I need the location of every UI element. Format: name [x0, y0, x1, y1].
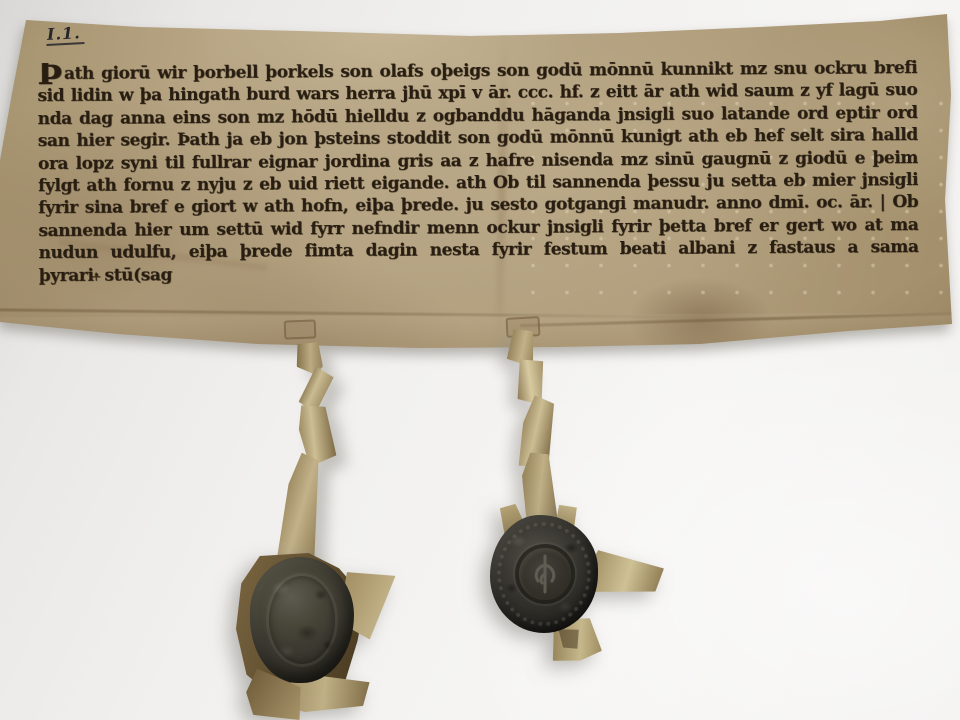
- wax-seal-right-assembly: [470, 505, 662, 667]
- wax-seal-right: [490, 515, 598, 633]
- wax-seal-left-assembly: [228, 545, 392, 720]
- seal-slit-left: [284, 319, 317, 339]
- archival-mark: I.1.: [45, 23, 84, 46]
- parchment-wrap: I.1. Þath giorū wir þorbell þorkels son …: [0, 0, 960, 352]
- sprig-motif-icon: [519, 548, 571, 600]
- seal-tag-right: [500, 330, 592, 530]
- charter-text: Þath giorū wir þorbell þorkels son olafs…: [37, 57, 919, 287]
- photo-stage: I.1. Þath giorū wir þorbell þorkels son …: [0, 0, 960, 720]
- seal-tag-left: [262, 343, 372, 567]
- parchment: I.1. Þath giorū wir þorbell þorkels son …: [0, 0, 960, 352]
- seal-inner-boss: [519, 548, 571, 600]
- insertion-mark: +: [91, 267, 102, 289]
